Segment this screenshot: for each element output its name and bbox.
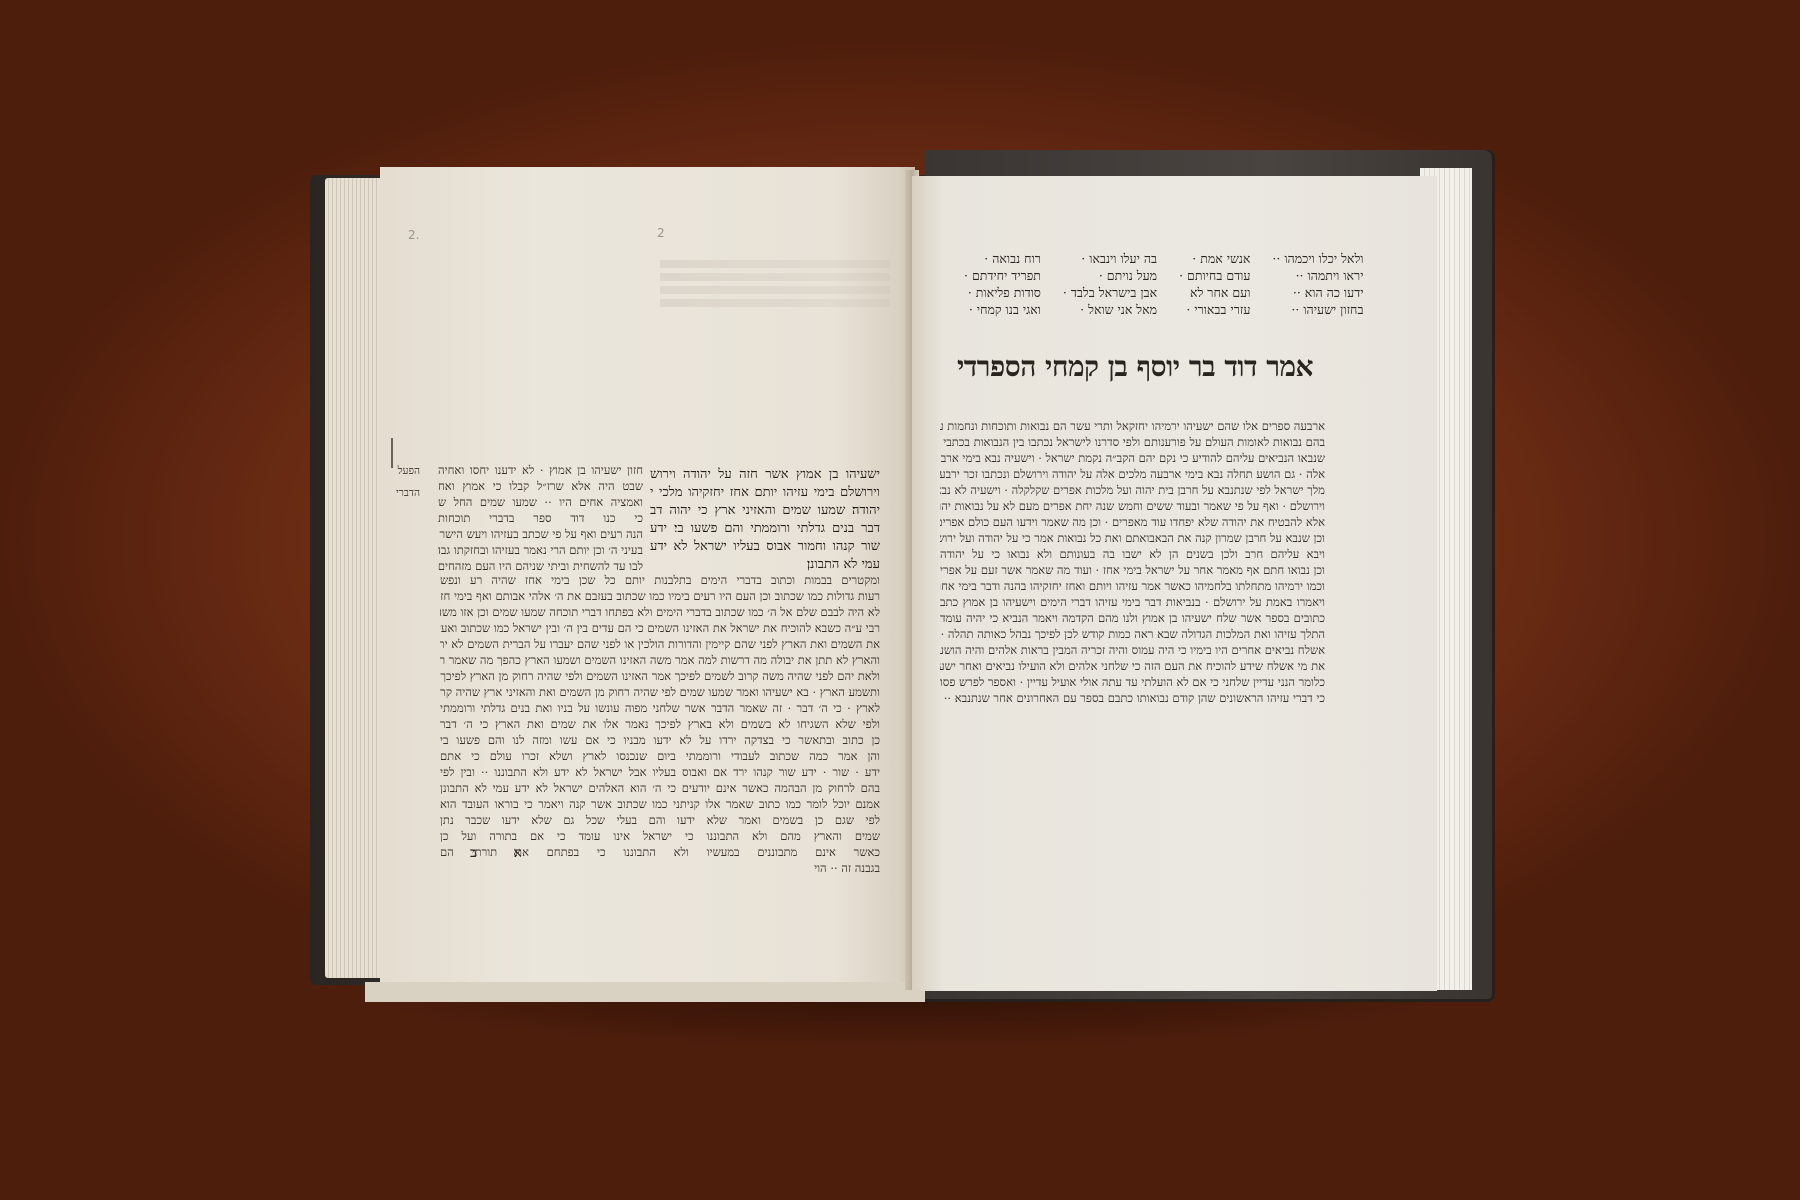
pencil-mark: 2. [408,228,419,242]
text-line: אשלח נביאים אחרים היו בימיו כי היה עמוס … [940,642,1325,658]
text-line: לארץ · כי ה׳ דבר · זה שאמר הדבר אשר שלחנ… [440,700,880,716]
poem-column: ולאל יכלו ויכמהו ·· יראו ויתמהו ·· ידעו … [1272,250,1363,318]
text-line: ידע · שור · ידע שור קנהו ירד אם ואבוס בע… [440,764,880,780]
text-line: אלה · גם הושע תחלה נבא בימי ארבעה מלכים … [940,466,1325,482]
text-line: ישעיהו בן אמוץ אשר חזה על יהודה וירוש [650,466,880,484]
poem-line: עודם בחיותם · [1179,267,1250,284]
poem-line: אבן בישראל בלבד · [1063,284,1157,301]
text-line: והן אמר כמה שכתוב לעבודי ורוממתי ביום שנ… [440,748,880,764]
text-line: ויאמרו באמת על ירושלם · בנביאות דבר בימי… [940,594,1325,610]
text-line: יהודה׃ שמעו שמים והאזיני ארץ כי יהוה דב [650,502,880,520]
text-line: לא היה לבבם שלם אל ה׳ כמו שכתוב בדברי הי… [440,604,880,620]
margin-note: הדברי [378,482,420,504]
text-line: הנה רעים ואף על פי שכתב בעזיהו ויעש הישר… [438,526,643,542]
poem-line: יראו ויתמהו ·· [1272,267,1363,284]
text-line: אמנם יוכל לומר כמו כתוב שאמר אלו קניתני … [440,796,880,812]
text-line: וירושלם · ואף על פי שאמר ובעוד ששים וחמש… [940,498,1325,514]
verse-column: ישעיהו בן אמוץ אשר חזה על יהודה וירוש וי… [650,466,880,574]
text-line: שבט היה אלא שרז״ל קבלו כי אמוץ ואח [438,478,643,494]
text-line: והארץ לא תתן את יבולה מה דרשות למה אמר מ… [440,652,880,668]
text-line: התלך עזיהו ואת המלכות הגדולה שבא ראה כמו… [940,626,1325,642]
poem-line: עזרי בבאורי · [1179,301,1250,318]
poem-line: ולאל יכלו ויכמהו ·· [1272,250,1363,267]
text-line: רבי ע״ה כשבא להוכיח את ישראל את האזינו ה… [440,620,880,636]
text-line: וכן נבואו חתם אף מאמר אחר על ישראל בימי … [940,562,1325,578]
text-line: וכן שנבא על חרבן שמרון קנה את הבאבואתם ו… [940,530,1325,546]
text-line: בגבנה זה ·· הוי [440,860,880,876]
poem-line: מעל נויתם · [1063,267,1157,284]
text-line: מלך ישראל לפי שנתנבא על חרבן בית יהוה וע… [940,482,1325,498]
text-line: בהם נבואות לאומות העולם על פורענותם ולפי… [940,434,1325,450]
poem-line: סודות פליאות · [964,284,1041,301]
commentary-column: חזון ישעיהו בן אמוץ · לא ידענו יחסו ואחי… [438,462,643,574]
text-line: שמים והארץ מהם ולא התבוננו כי ישראל אינו… [440,828,880,844]
dedication-poem: רוח נבואה · תפריד יחידתם · סודות פליאות … [964,250,1349,318]
text-line: כלומר הנני עדיין שלחני כי אם לא הועלתי ע… [940,674,1325,690]
text-line: את השמים ואת הארץ לפני שהם קיימין והדורו… [440,636,880,652]
poem-column: אנשי אמת · עודם בחיותם · ועם אחר לא עזרי… [1179,250,1250,318]
text-line: לפי שגם כן בשמים ואמר שלא ידעו והם בעלי … [440,812,880,828]
poem-line: תפריד יחידתם · [964,267,1041,284]
poem-column: רוח נבואה · תפריד יחידתם · סודות פליאות … [964,250,1041,318]
right-page-body: ארבעה ספרים אלו שהם ישעיהו ירמיהו יחזקאל… [940,418,1325,706]
poem-column: בה יעלו וינבאו · מעל נויתם · אבן בישראל … [1063,250,1157,318]
poem-line: ועם אחר לא [1179,284,1250,301]
margin-note: הפעל [378,460,420,482]
text-line: אלא להבטיח את יהודה שלא יפחדו עוד מאפרים… [940,514,1325,530]
text-line: כן כתוב ובתאשר כי בצדקה ירדו על לא ידעו … [440,732,880,748]
text-line: ואמציה אחים היו ·· שמעו שמים החל ש [438,494,643,510]
text-line: חזון ישעיהו בן אמוץ · לא ידענו יחסו ואחי… [438,462,643,478]
margin-notes: הפעל הדברי [378,460,420,504]
poem-line: ידעו כה הוא ·· [1272,284,1363,301]
photo-scene: 2. 2 הפעל הדברי ישעיהו בן אמוץ אשר חזה ע… [0,0,1800,1200]
poem-line: אנשי אמת · [1179,250,1250,267]
poem-line: רוח נבואה · [964,250,1041,267]
poem-line: מאל אני שואל · [1063,301,1157,318]
text-line: ולאת יהם לפני שהיה משה קרוב לשמים לפיכך … [440,668,880,684]
text-line: שור קנהו וחמור אבוס בעליו ישראל לא ידע [650,538,880,556]
text-line: כי כנו דוד ספר בדברי תוכחות [438,510,643,526]
page-edges-bottom [365,982,925,1002]
poem-line: בה יעלו וינבאו · [1063,250,1157,267]
text-line: וירושלם בימי עזיהו יותם אחז יחזקיהו מלכי… [650,484,880,502]
poem-line: בחזון ישעיהו ·· [1272,301,1363,318]
text-line: כתובים בספר אשר שלח ישעיהו בן אמוץ ולנו … [940,610,1325,626]
text-line: ולפי שלא השגיחו לא בשמים ולא בארץ לפיכך … [440,716,880,732]
page-edges-left [325,178,385,978]
text-line: את מי אשלח שידע להוכיח את העם הזה כי שלח… [940,658,1325,674]
text-line: ארבעה ספרים אלו שהם ישעיהו ירמיהו יחזקאל… [940,418,1325,434]
text-line: ומקטרים בבמות וכתוב בדברי הימים בתלבנות … [440,572,880,588]
pencil-mark: 2 [657,226,665,240]
text-line: בהם לרחוק מן הבהמה כאשר אינם יודעים כי ה… [440,780,880,796]
text-line: בעיני ה׳ וכן יותם הרי נאמר בעזיהו ובחזקת… [438,542,643,558]
text-line: רעות גדולות כמו שכתוב וכן העם היו רעים ב… [440,588,880,604]
bleed-through-text [660,255,890,312]
text-line: כי דברי עזיהו הראשונים שהן קודם נבואותו … [940,690,1325,706]
text-line: דבר בנים גדלתי ורוממתי והם פשעו בי׃ ידע [650,520,880,538]
text-line: שנבאו הנביאים עליהם להודיע כי נקם יהם הק… [940,450,1325,466]
signature-marks: א ב [470,845,538,862]
left-page-body: ומקטרים בבמות וכתוב בדברי הימים בתלבנות … [440,572,880,876]
text-line: ותשמע הארץ · בא ישעיהו ואמר שמעו שמים לפ… [440,684,880,700]
text-line: ויבא עליהם חרב ולכן בשנים הן לא ישבו בה … [940,546,1325,562]
text-line: וכמו ירמיהו מתחלתו בלחמיהו כאשר אמר עזיה… [940,578,1325,594]
page-heading: אמר דוד בר יוסף בן קמחי הספרדי [950,350,1320,384]
poem-line: ואגי בנו קמחי · [964,301,1041,318]
